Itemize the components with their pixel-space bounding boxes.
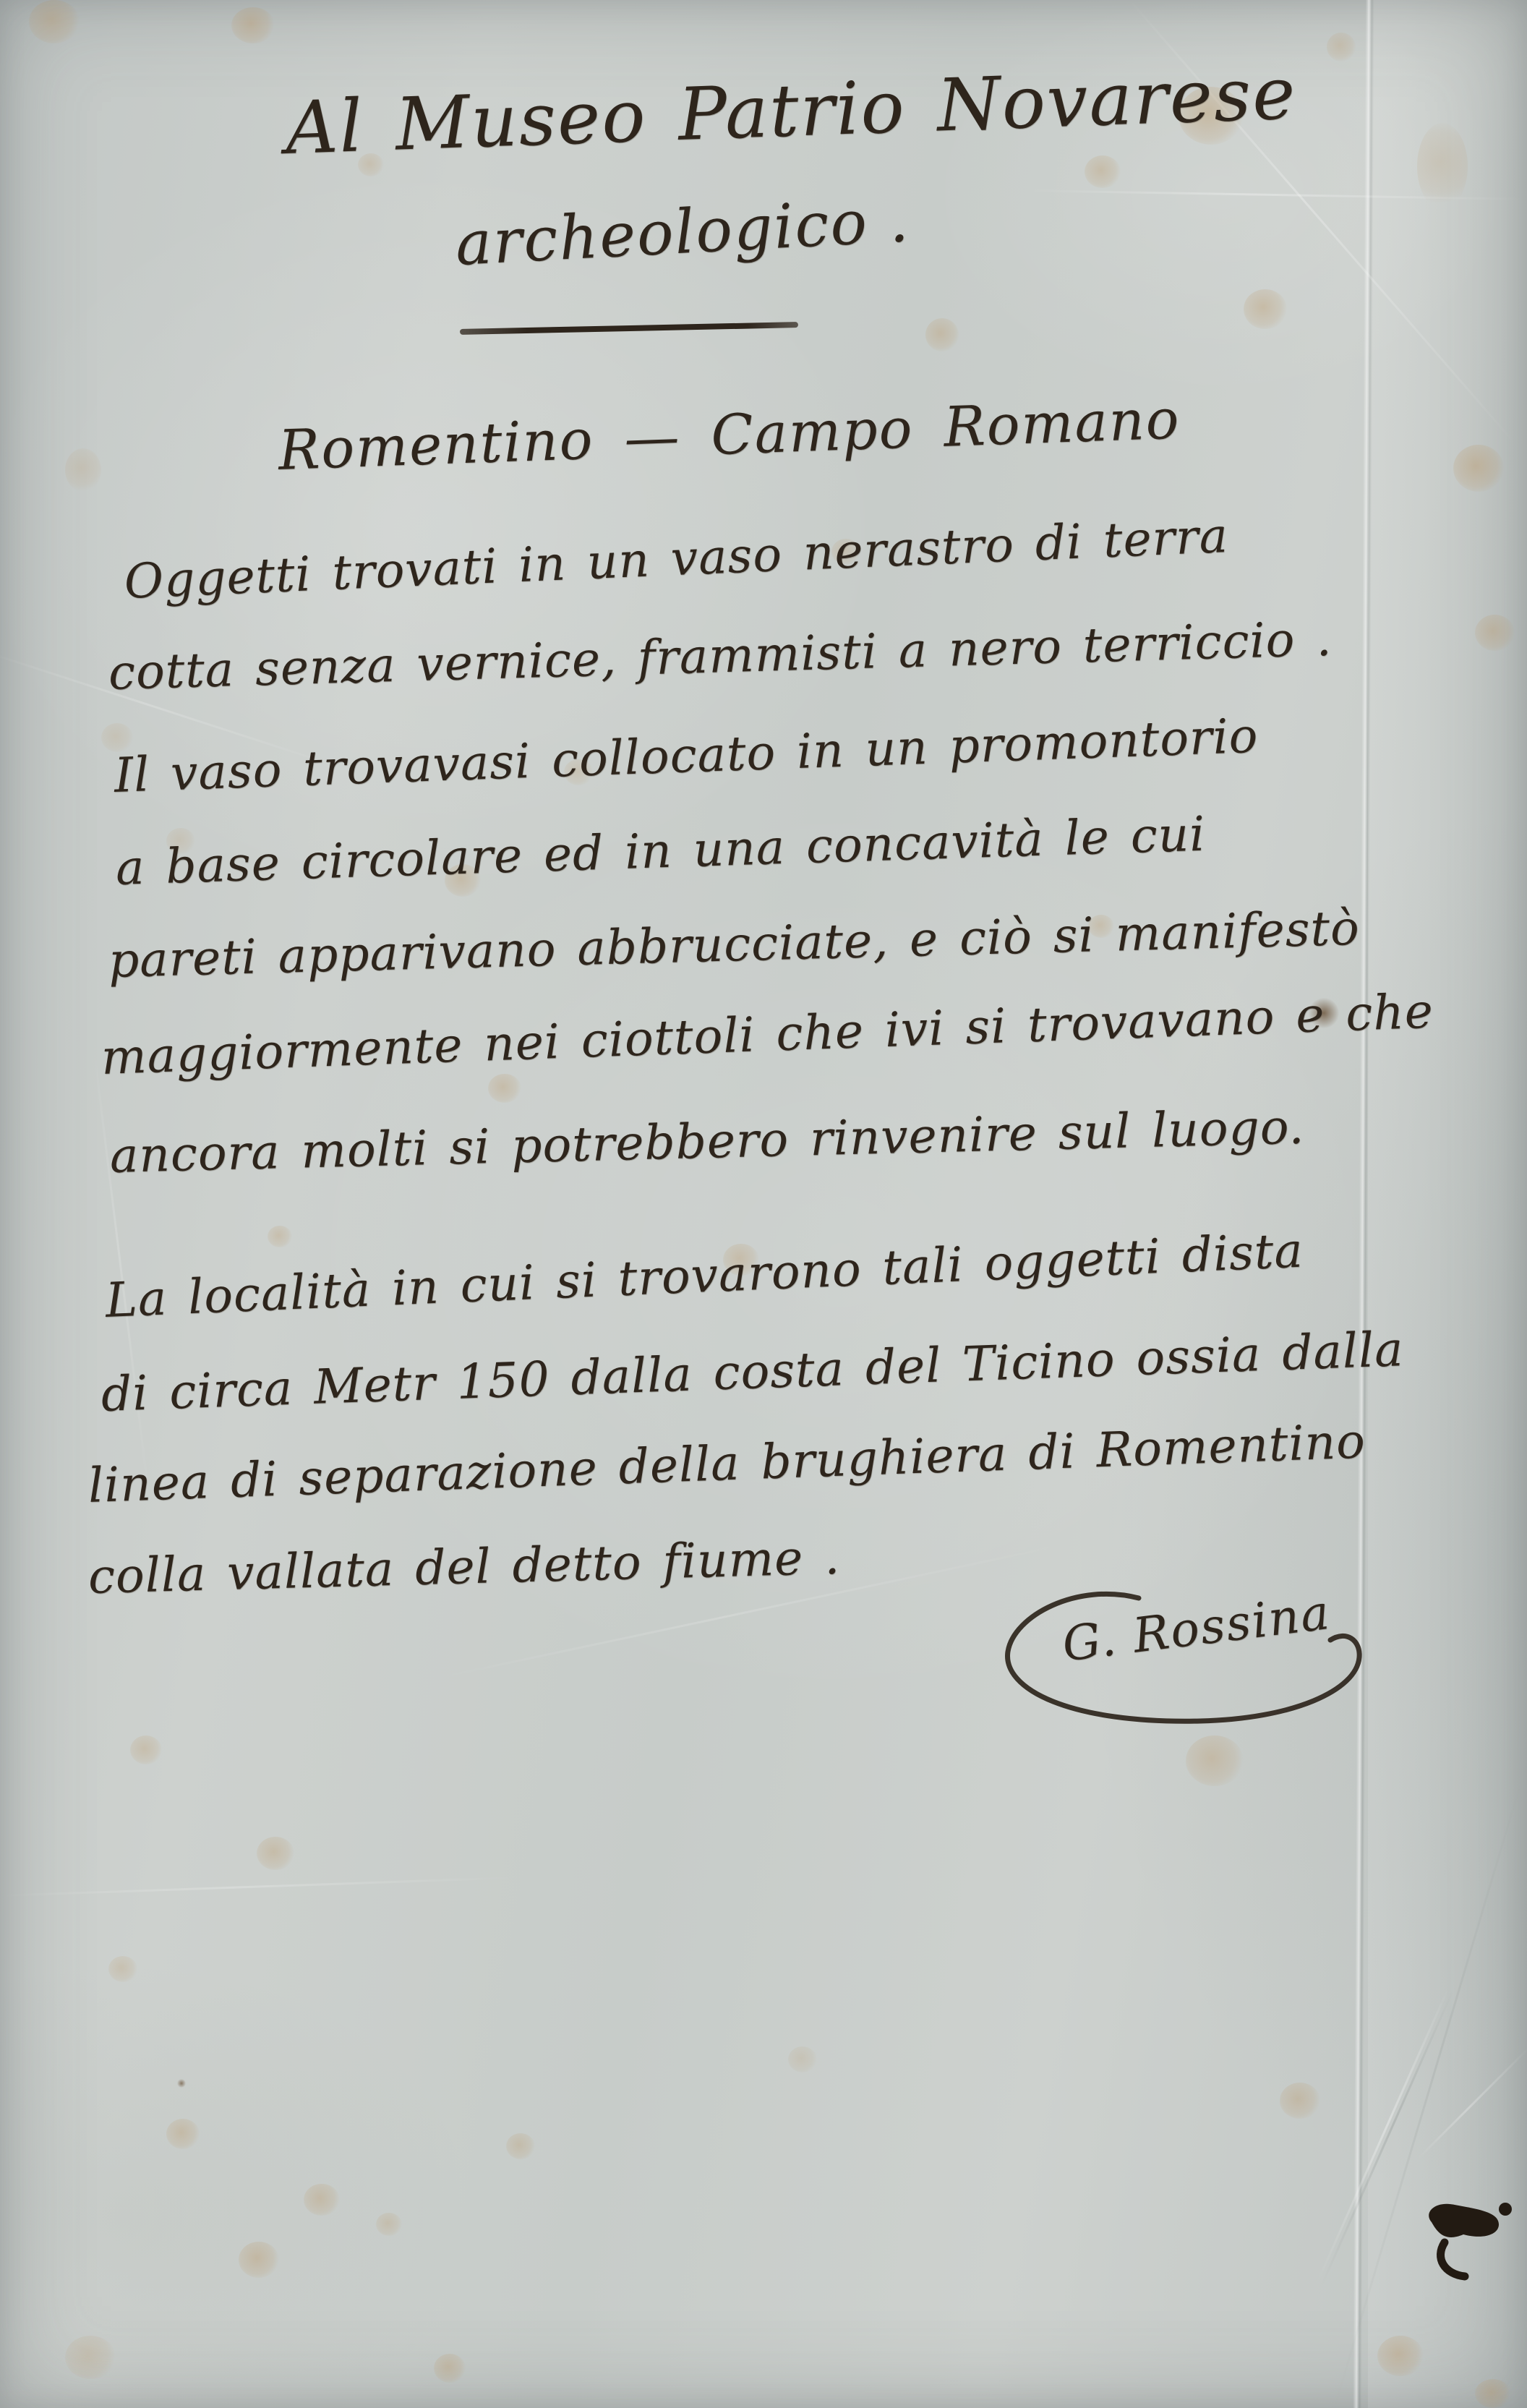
foxing-spot <box>376 2213 402 2236</box>
foxing-spot <box>1475 2379 1511 2408</box>
foxing-spot <box>166 2119 200 2149</box>
manuscript-line: maggiormente nei ciottoli che ivi si tro… <box>100 988 1434 1082</box>
manuscript-line: a base circolare ed in una concavità le … <box>115 811 1206 892</box>
foxing-spot <box>130 1735 162 1764</box>
foxing-spot <box>65 2336 116 2379</box>
letter-subject-line: Romentino — Campo Romano <box>278 391 1181 478</box>
letter-heading-line-1: Al Museo Patrio Novarese <box>284 57 1298 165</box>
foxing-spot <box>29 0 80 43</box>
foxing-spot <box>925 318 959 351</box>
foxing-spot <box>1475 615 1515 651</box>
manuscript-line: pareti apparivano abbrucciate, e ciò si … <box>108 905 1360 985</box>
foxing-spot <box>788 2046 817 2072</box>
manuscript-line: ancora molti si potrebbero rinvenire sul… <box>109 1103 1305 1180</box>
heading-rule <box>460 322 798 335</box>
foxing-spot <box>108 1956 137 1982</box>
foxing-spot <box>1377 2336 1424 2376</box>
foxing-spot <box>506 2133 535 2159</box>
foxing-spot <box>1327 33 1356 61</box>
manuscript-line: cotta senza vernice, frammisti a nero te… <box>108 615 1333 697</box>
manuscript-page: Al Museo Patrio Novarese archeologico . … <box>0 0 1527 2408</box>
foxing-spot <box>304 2184 340 2216</box>
foxing-spot <box>257 1837 294 1870</box>
foxing-spot <box>268 1226 292 1247</box>
foxing-spot <box>1186 1735 1244 1786</box>
manuscript-line: Oggetti trovati in un vaso nerastro di t… <box>124 512 1230 606</box>
foxing-spot <box>488 1074 521 1103</box>
manuscript-line: Il vaso trovavasi collocato in un promon… <box>114 712 1259 800</box>
foxing-spot <box>1453 445 1504 492</box>
foxing-spot <box>231 7 275 43</box>
foxing-spot <box>1280 2083 1320 2119</box>
foxing-spot <box>1417 123 1468 210</box>
manuscript-line: di circa Metr 150 dalla costa del Ticino… <box>100 1325 1405 1419</box>
foxing-spot <box>239 2242 279 2278</box>
manuscript-line: linea di separazione della brughiera di … <box>87 1417 1366 1510</box>
foxing-spot <box>1085 155 1121 188</box>
ink-blot <box>1416 2195 1517 2289</box>
paper-fold-region <box>1368 0 1527 2408</box>
manuscript-line: colla vallata del detto fiume . <box>87 1534 841 1601</box>
foxing-spot <box>65 448 101 492</box>
paper-crease <box>0 1877 521 1897</box>
foxing-spot <box>177 2079 186 2088</box>
foxing-spot <box>434 2354 466 2383</box>
foxing-spot <box>1244 289 1287 329</box>
signature-block: G. Rossina <box>976 1576 1381 1743</box>
letter-heading-line-2: archeologico . <box>454 189 911 274</box>
